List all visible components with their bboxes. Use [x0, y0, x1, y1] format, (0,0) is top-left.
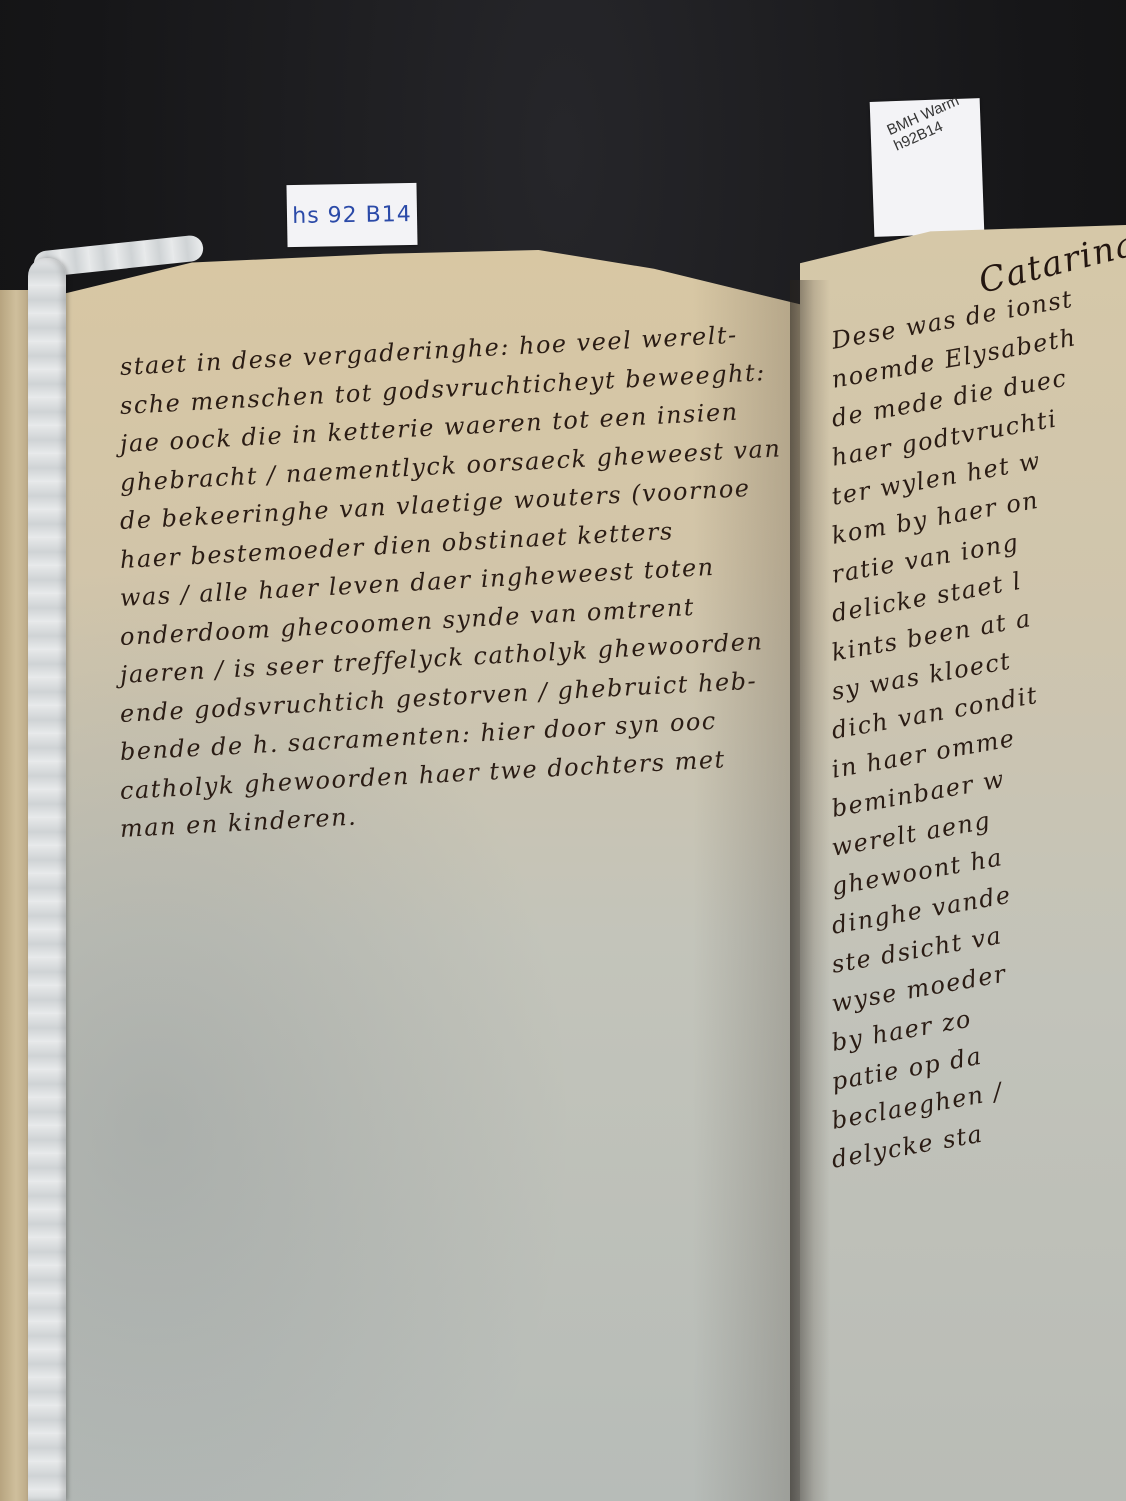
- book-gutter: [790, 280, 830, 1501]
- left-page-text: staet in dese vergaderinghe: hoe veel we…: [120, 348, 782, 849]
- shelfmark-text: hs 92 B14: [292, 201, 412, 228]
- shelfmark-label-right: BMH Warm h92B14: [870, 98, 985, 237]
- manuscript-photo: hs 92 B14 BMH Warm h92B14 staet in dese …: [0, 0, 1126, 1501]
- right-page-text: Catarina Dese was de ionst noemde Elysab…: [832, 262, 1126, 1180]
- shelfmark-label-left: hs 92 B14: [286, 183, 417, 247]
- bookmark-cord: [28, 258, 66, 1501]
